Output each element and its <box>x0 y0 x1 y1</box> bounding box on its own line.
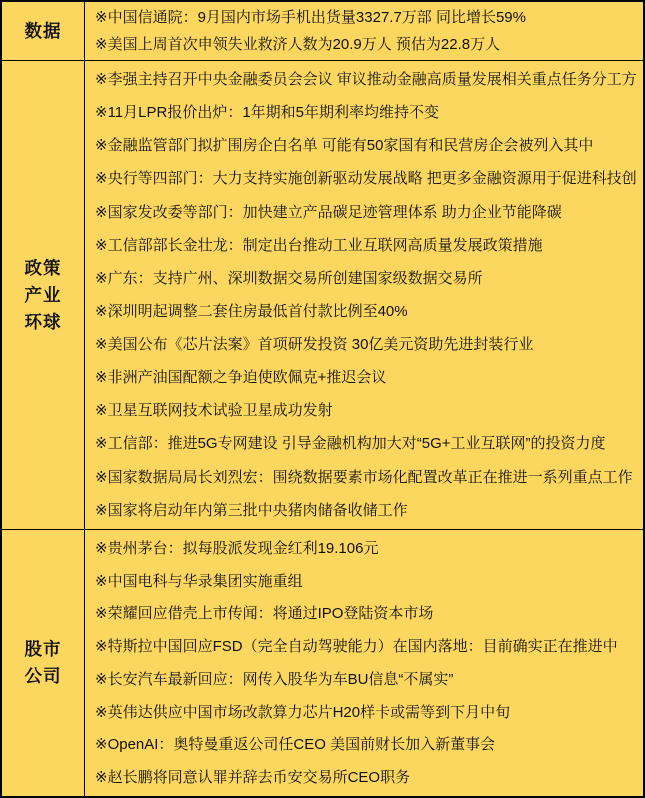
section-label-line: 产业 <box>25 282 62 309</box>
section-label-cell: 数据 <box>2 2 85 60</box>
news-item: ※工信部部长金壮龙：制定出台推动工业互联网高质量发展政策措施 <box>95 229 637 262</box>
news-item: ※中国电科与华录集团实施重组 <box>95 565 637 598</box>
news-item: ※非洲产油国配额之争迫使欧佩克+推迟会议 <box>95 361 637 394</box>
news-item: ※11月LPR报价出炉：1年期和5年期利率均维持不变 <box>95 96 637 129</box>
section-content-cell: ※中国信通院：9月国内市场手机出货量3327.7万部 同比增长59%※美国上周首… <box>85 2 643 60</box>
section-label-line: 环球 <box>25 309 62 336</box>
news-item: ※美国公布《芯片法案》首项研发投资 30亿美元资助先进封装行业 <box>95 328 637 361</box>
news-item: ※卫星互联网技术试验卫星成功发射 <box>95 394 637 427</box>
news-item: ※金融监管部门拟扩围房企白名单 可能有50家国有和民营房企会被列入其中 <box>95 129 637 162</box>
news-item: ※国家将启动年内第三批中央猪肉储备收储工作 <box>95 494 637 527</box>
news-item: ※长安汽车最新回应：网传入股华为车BU信息“不属实” <box>95 663 637 696</box>
news-item: ※赵长鹏将同意认罪并辞去币安交易所CEO职务 <box>95 761 637 794</box>
news-item: ※特斯拉中国回应FSD（完全自动驾驶能力）在国内落地：目前确实正在推进中 <box>95 630 637 663</box>
news-briefing-table: 数据 ※中国信通院：9月国内市场手机出货量3327.7万部 同比增长59%※美国… <box>0 0 645 798</box>
section-content-cell: ※李强主持召开中央金融委员会会议 审议推动金融高质量发展相关重点任务分工方案※1… <box>85 61 643 529</box>
news-item: ※央行等四部门：大力支持实施创新驱动发展战略 把更多金融资源用于促进科技创新 <box>95 162 637 195</box>
news-item: ※英伟达供应中国市场改款算力芯片H20样卡或需等到下月中旬 <box>95 696 637 729</box>
table-section: 政策产业环球 ※李强主持召开中央金融委员会会议 审议推动金融高质量发展相关重点任… <box>2 61 643 530</box>
news-item: ※OpenAI：奥特曼重返公司任CEO 美国前财长加入新董事会 <box>95 729 637 762</box>
news-item: ※贵州茅台：拟每股派发现金红利19.106元 <box>95 532 637 565</box>
news-item: ※国家发改委等部门：加快建立产品碳足迹管理体系 助力企业节能降碳 <box>95 196 637 229</box>
section-label-cell: 股市公司 <box>2 530 85 796</box>
section-label-line: 公司 <box>25 663 62 690</box>
news-item: ※广东：支持广州、深圳数据交易所创建国家级数据交易所 <box>95 262 637 295</box>
section-content-cell: ※贵州茅台：拟每股派发现金红利19.106元※中国电科与华录集团实施重组※荣耀回… <box>85 530 643 796</box>
section-label-line: 股市 <box>25 636 62 663</box>
section-label-line: 数据 <box>25 18 62 45</box>
news-item: ※国家数据局局长刘烈宏：围绕数据要素市场化配置改革正在推进一系列重点工作 <box>95 461 637 494</box>
news-item: ※荣耀回应借壳上市传闻：将通过IPO登陆资本市场 <box>95 598 637 631</box>
section-label-line: 政策 <box>25 255 62 282</box>
news-item: ※深圳明起调整二套住房最低首付款比例至40% <box>95 295 637 328</box>
section-label-cell: 政策产业环球 <box>2 61 85 529</box>
table-section: 数据 ※中国信通院：9月国内市场手机出货量3327.7万部 同比增长59%※美国… <box>2 2 643 61</box>
news-item: ※美国上周首次申领失业救济人数为20.9万人 预估为22.8万人 <box>95 31 637 58</box>
news-item: ※李强主持召开中央金融委员会会议 审议推动金融高质量发展相关重点任务分工方案 <box>95 63 637 96</box>
news-item: ※中国信通院：9月国内市场手机出货量3327.7万部 同比增长59% <box>95 4 637 31</box>
table-section: 股市公司 ※贵州茅台：拟每股派发现金红利19.106元※中国电科与华录集团实施重… <box>2 530 643 796</box>
news-item: ※工信部：推进5G专网建设 引导金融机构加大对“5G+工业互联网”的投资力度 <box>95 428 637 461</box>
